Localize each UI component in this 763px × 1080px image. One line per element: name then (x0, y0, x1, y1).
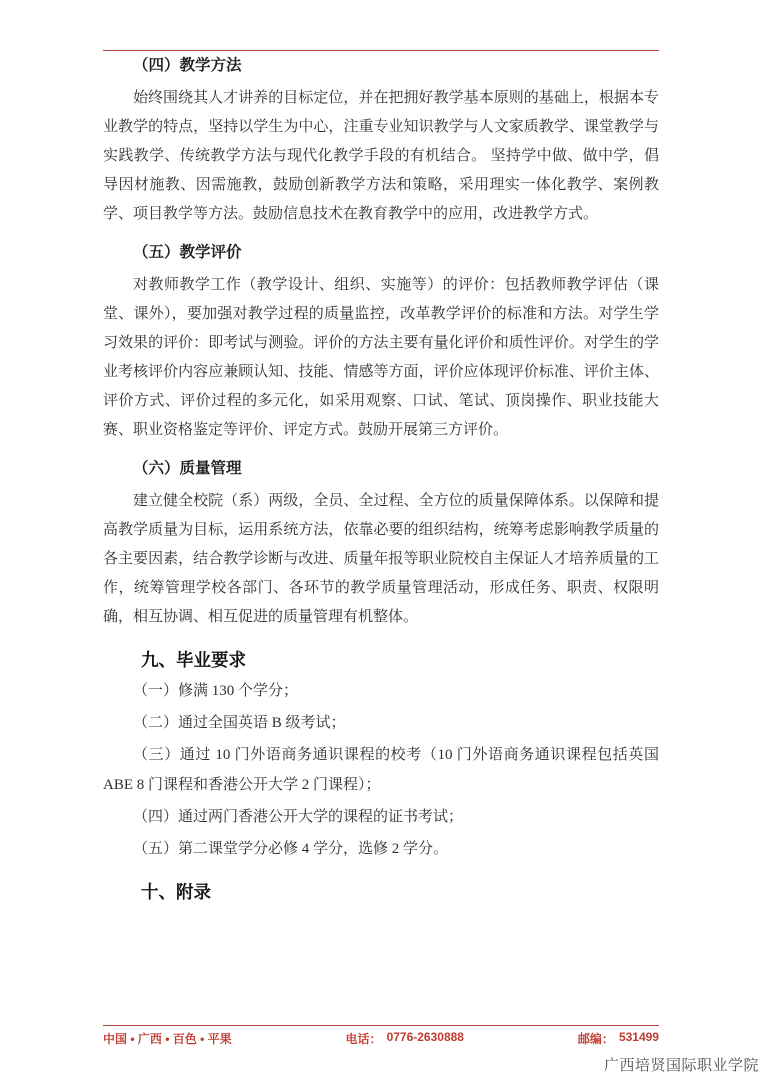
graduation-item: （一）修满 130 个学分； (103, 676, 659, 706)
section-graduation-requirements: 九、毕业要求 （一）修满 130 个学分； （二）通过全国英语 B 级考试； （… (103, 647, 659, 864)
footer-phone-value: 0776-2630888 (387, 1030, 464, 1047)
page-footer: 中国 • 广西 • 百色 • 平果 电话： 0776-2630888 邮编： 5… (103, 1025, 659, 1047)
graduation-item: （五）第二课堂学分必修 4 学分，选修 2 学分。 (103, 834, 659, 864)
graduation-item: （二）通过全国英语 B 级考试； (103, 708, 659, 738)
section-heading: （五）教学评价 (103, 242, 659, 264)
section-quality-management: （六）质量管理 建立健全校院（系）两级，全员、全过程、全方位的质量保障体系。以保… (103, 458, 659, 632)
footer-row: 中国 • 广西 • 百色 • 平果 电话： 0776-2630888 邮编： 5… (103, 1030, 659, 1047)
section-paragraph: 建立健全校院（系）两级，全员、全过程、全方位的质量保障体系。以保障和提高教学质量… (103, 487, 659, 632)
footer-phone: 电话： 0776-2630888 (346, 1030, 464, 1047)
graduation-section-title: 九、毕业要求 (103, 647, 659, 673)
section-paragraph: 对教师教学工作（教学设计、组织、实施等）的评价：包括教师教学评估（课堂、课外），… (103, 271, 659, 445)
section-heading: （四）教学方法 (103, 55, 659, 77)
section-paragraph: 始终围绕其人才讲养的目标定位，并在把拥好教学基本原则的基础上，根据本专业教学的特… (103, 84, 659, 229)
section-heading: （六）质量管理 (103, 458, 659, 480)
footer-phone-label: 电话： (346, 1030, 382, 1047)
document-content: （四）教学方法 始终围绕其人才讲养的目标定位，并在把拥好教学基本原则的基础上，根… (103, 55, 659, 908)
footer-location: 中国 • 广西 • 百色 • 平果 (103, 1030, 232, 1047)
appendix-section-title: 十、附录 (103, 879, 659, 905)
footer-postal-label: 邮编： (578, 1030, 614, 1047)
footer-postal-value: 531499 (619, 1030, 659, 1047)
school-name-watermark: 广西培贤国际职业学院 (604, 1054, 759, 1075)
footer-postal: 邮编： 531499 (578, 1030, 659, 1047)
graduation-item: （四）通过两门香港公开大学的课程的证书考试； (103, 802, 659, 832)
section-appendix: 十、附录 (103, 879, 659, 905)
graduation-item: （三）通过 10 门外语商务通识课程的校考（10 门外语商务通识课程包括英国 A… (103, 740, 659, 800)
footer-rule (103, 1025, 659, 1026)
section-teaching-methods: （四）教学方法 始终围绕其人才讲养的目标定位，并在把拥好教学基本原则的基础上，根… (103, 55, 659, 229)
section-teaching-evaluation: （五）教学评价 对教师教学工作（教学设计、组织、实施等）的评价：包括教师教学评估… (103, 242, 659, 445)
header-rule (103, 50, 659, 51)
document-page: （四）教学方法 始终围绕其人才讲养的目标定位，并在把拥好教学基本原则的基础上，根… (0, 0, 763, 1080)
